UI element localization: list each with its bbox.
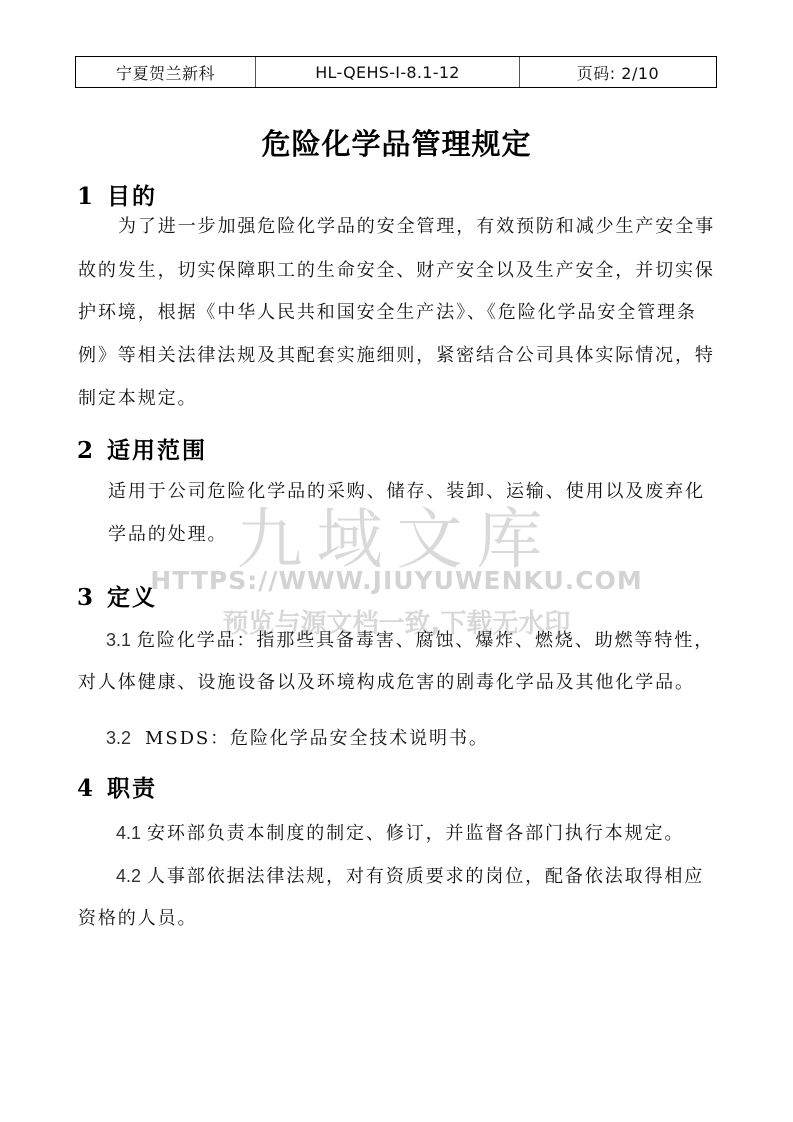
section-title: 目的 [107, 183, 157, 210]
responsibility-item-4-1: 4.1安环部负责本制度的制定、修订，并监督各部门执行本规定。 [116, 822, 684, 845]
paragraph-line: 资格的人员。 [78, 908, 197, 930]
paragraph-line: 例》等相关法律法规及其配套实施细则，紧密结合公司具体实际情况，特 [78, 345, 715, 367]
section-number: 4 [77, 775, 107, 802]
item-text: 人事部依据法律法规，对有资质要求的岗位，配备依法取得相应 [147, 866, 704, 887]
item-number: 3.1 [106, 630, 131, 650]
section-number: 2 [77, 437, 107, 464]
section-title: 职责 [107, 775, 157, 802]
item-text: 危险化学品：指那些具备毒害、腐蚀、爆炸、燃烧、助燃等特性， [137, 630, 714, 651]
section-heading-purpose: 1目的 [77, 178, 157, 211]
definition-item-3-1: 3.1危险化学品：指那些具备毒害、腐蚀、爆炸、燃烧、助燃等特性， [106, 629, 714, 652]
item-number: 4.2 [116, 866, 141, 886]
paragraph-line: 适用于公司危险化学品的采购、储存、装卸、运输、使用以及废弃化 [108, 481, 705, 503]
item-number: 4.1 [116, 823, 141, 843]
document-page: 九域文库 HTTPS://WWW.JIUYUWENKU.COM 预览与源文档一致… [0, 0, 793, 1122]
definition-item-3-2: 3.2MSDS：危险化学品安全技术说明书。 [106, 727, 489, 750]
header-page-number: 页码: 2/10 [520, 57, 716, 87]
item-text: 安环部负责本制度的制定、修订，并监督各部门执行本规定。 [147, 823, 684, 844]
section-title: 适用范围 [107, 437, 207, 464]
header-company: 宁夏贺兰新科 [76, 57, 256, 87]
paragraph-line: 制定本规定。 [78, 388, 197, 410]
section-heading-definitions: 3定义 [77, 579, 157, 612]
section-number: 1 [77, 183, 107, 210]
section-number: 3 [77, 584, 107, 611]
section-heading-scope: 2适用范围 [77, 432, 207, 465]
section-heading-responsibilities: 4职责 [77, 770, 157, 803]
header-table: 宁夏贺兰新科 HL-QEHS-I-8.1-12 页码: 2/10 [75, 56, 717, 88]
paragraph-line: 故的发生，切实保障职工的生命安全、财产安全以及生产安全，并切实保 [78, 260, 715, 282]
item-number: 3.2 [106, 728, 131, 748]
item-text: MSDS：危险化学品安全技术说明书。 [145, 728, 489, 749]
responsibility-item-4-2: 4.2人事部依据法律法规，对有资质要求的岗位，配备依法取得相应 [116, 865, 704, 888]
paragraph-line: 学品的处理。 [108, 524, 227, 546]
paragraph-line: 护环境，根据《中华人民共和国安全生产法》、《危险化学品安全管理条 [78, 302, 697, 324]
section-title: 定义 [107, 584, 157, 611]
paragraph-line: 对人体健康、设施设备以及环境构成危害的剧毒化学品及其他化学品。 [78, 672, 695, 694]
paragraph-line: 为了进一步加强危险化学品的安全管理，有效预防和减少生产安全事 [118, 216, 715, 238]
document-content: 宁夏贺兰新科 HL-QEHS-I-8.1-12 页码: 2/10 危险化学品管理… [0, 0, 793, 1122]
header-doc-code: HL-QEHS-I-8.1-12 [256, 57, 520, 87]
document-title: 危险化学品管理规定 [0, 122, 793, 163]
